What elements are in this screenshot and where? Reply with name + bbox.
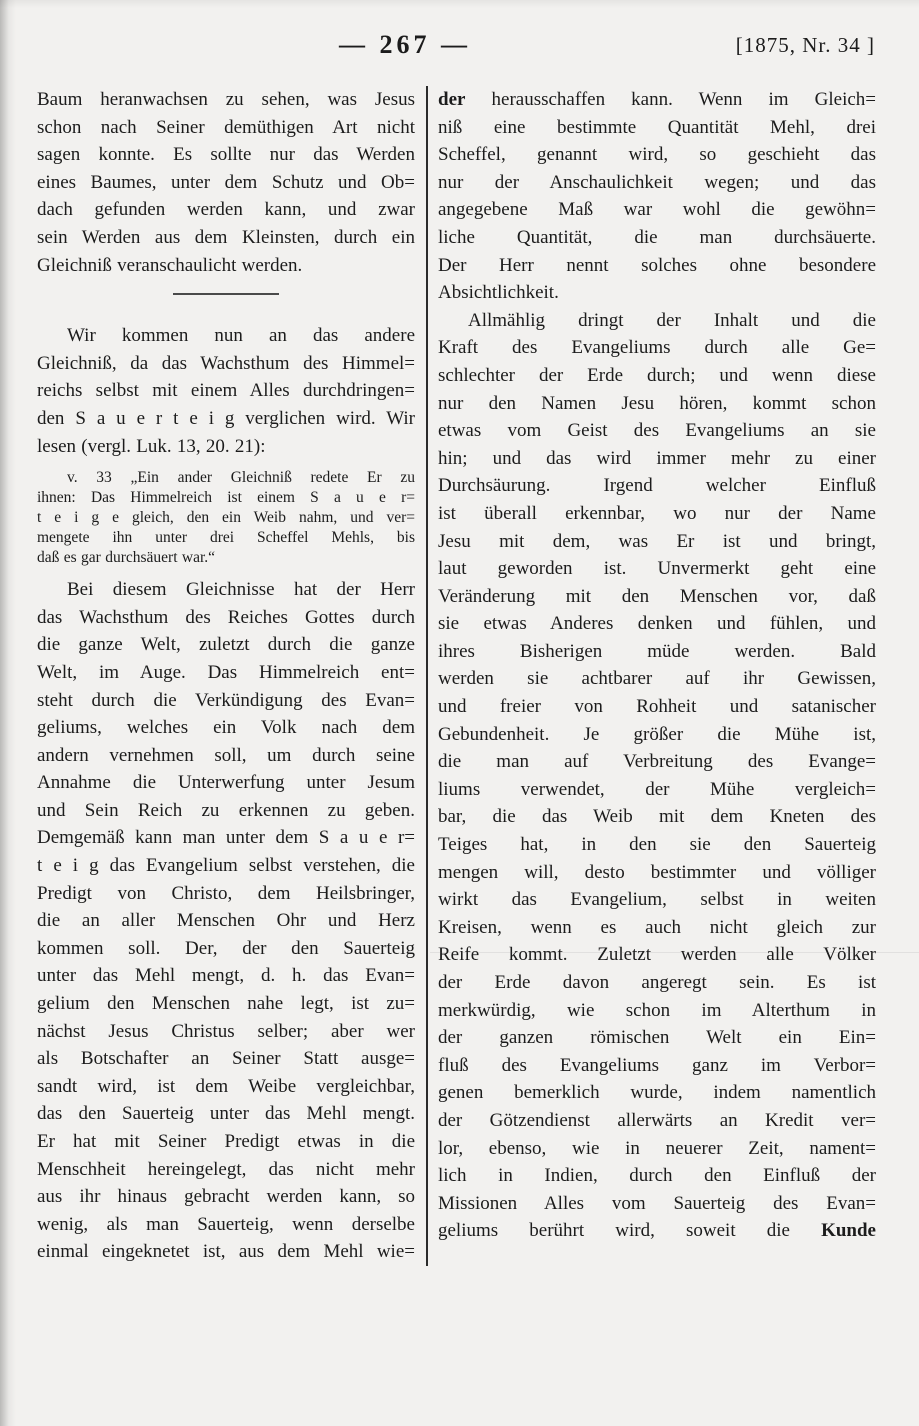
text-line: sie etwas Anderes denken und fühlen, und [438,610,876,638]
text-line: lor, ebenso, wie in neuerer Zeit, nament… [438,1135,876,1163]
text-line: Er hat mit Seiner Predigt etwas in die [37,1128,415,1156]
right-column: der herausschaffen kann. Wenn im Gleich=… [438,86,876,1266]
text-line: und freier von Rohheit und satanischer [438,693,876,721]
text-line: als Botschafter an Seiner Statt ausge= [37,1045,415,1073]
text-line: geliums, welches ein Volk nach dem [37,714,415,742]
text-line: ihnen: Das Himmelreich ist einem S a u e… [37,488,415,508]
text-line: wirkt das Evangelium, selbst in weiten [438,886,876,914]
text-line: angegebene Maß war wohl die gewöhn= [438,196,876,224]
scripture-quote: v. 33 „Ein ander Gleichniß redete Er zui… [37,468,415,568]
column-divider-rule [426,86,428,1266]
text-line: mengete ihn unter drei Scheffel Mehls, b… [37,528,415,548]
text-line: Kraft des Evangeliums durch alle Ge= [438,334,876,362]
text-line: Bei diesem Gleichnisse hat der Herr [37,576,415,604]
text-line: schlechter der Erde durch; und wenn dies… [438,362,876,390]
text-line: Menschheit hereingelegt, das nicht mehr [37,1156,415,1184]
text-line: gelium den Menschen nahe legt, ist zu= [37,990,415,1018]
paragraph: Baum heranwachsen zu sehen, was Jesussch… [37,86,415,279]
text-line: einmal eingeknetet ist, aus dem Mehl wie… [37,1238,415,1266]
paragraph: Allmählig dringt der Inhalt und dieKraft… [438,307,876,1245]
text-line: Scheffel, genannt wird, so geschieht das [438,141,876,169]
text-line: lesen (vergl. Luk. 13, 20. 21): [37,433,415,461]
text-line: reichs selbst mit einem Alles durchdring… [37,377,415,405]
text-line: merkwürdig, wie schon im Alterthum in [438,997,876,1025]
text-line: sandt wird, ist dem Weibe vergleichbar, [37,1073,415,1101]
text-line: ist überall erkennbar, wo nur der Name [438,500,876,528]
paragraph: Bei diesem Gleichnisse hat der Herrdas W… [37,576,415,1266]
text-line: sein Werden aus dem Kleinsten, durch ein [37,224,415,252]
text-line: lich in Indien, durch den Einfluß der [438,1162,876,1190]
text-line: werden sie achtbarer auf ihr Gewissen, [438,665,876,693]
text-line: bar, die das Weib mit dem Kneten des [438,803,876,831]
text-line: kommen soll. Der, der den Sauerteig [37,935,415,963]
text-line: daß es gar durchsäuert war.“ [37,548,415,568]
text-line: die ganze Welt, zuletzt durch die ganze [37,631,415,659]
text-line: t e i g e gleich, den ein Weib nahm, und… [37,508,415,528]
text-line: schon nach Seiner demüthigen Art nicht [37,114,415,142]
text-line: ihres Bisherigen müde werden. Bald [438,638,876,666]
text-line: Durchsäurung. Irgend welcher Einfluß [438,472,876,500]
text-line: Kreisen, wenn es auch nicht gleich zur [438,914,876,942]
text-line: v. 33 „Ein ander Gleichniß redete Er zu [37,468,415,488]
scan-top-shadow [0,0,919,8]
page-number: — 267 — [300,30,510,60]
scanned-page: — 267 — [1875, Nr. 34 ] Baum heranwachse… [0,0,919,1426]
text-line: der Götzendienst allerwärts an Kredit ve… [438,1107,876,1135]
section-separator [37,293,415,322]
text-line: hin; und das wird immer mehr zu einer [438,445,876,473]
text-line: Gleichniß, da das Wachsthum des Himmel= [37,350,415,378]
paragraph: Wir kommen nun an das andereGleichniß, d… [37,322,415,460]
text-line: eines Baumes, unter dem Schutz und Ob= [37,169,415,197]
text-line: liums verwendet, der Mühe vergleich= [438,776,876,804]
text-line: Demgemäß kann man unter dem S a u e r= [37,824,415,852]
text-line: andern vernehmen soll, um durch seine [37,742,415,770]
text-line: Allmählig dringt der Inhalt und die [438,307,876,335]
text-line: wenig, als man Sauerteig, wenn derselbe [37,1211,415,1239]
text-line: Reife kommt. Zuletzt werden alle Völker [438,941,876,969]
text-line: liche Quantität, die man durchsäuerte. [438,224,876,252]
text-line: steht durch die Verkündigung des Evan= [37,687,415,715]
text-line: nur der Anschaulichkeit wegen; und das [438,169,876,197]
text-line: Der Herr nennt solches ohne besondere [438,252,876,280]
text-line: genen bemerklich wurde, indem namentlich [438,1079,876,1107]
text-line: den S a u e r t e i g verglichen wird. W… [37,405,415,433]
text-line: das den Sauerteig unter das Mehl mengt. [37,1100,415,1128]
scan-edge-shadow [0,0,16,1426]
text-line: nächst Jesus Christus selber; aber wer [37,1018,415,1046]
text-line: die man auf Verbreitung des Evange= [438,748,876,776]
text-line: Annahme die Unterwerfung unter Jesum [37,769,415,797]
text-line: etwas vom Geist des Evangeliums an sie [438,417,876,445]
text-line: Absichtlichkeit. [438,279,876,307]
text-line: das Wachsthum des Reiches Gottes durch [37,604,415,632]
text-line: Missionen Alles vom Sauerteig des Evan= [438,1190,876,1218]
text-body: Baum heranwachsen zu sehen, was Jesussch… [37,86,876,1266]
text-line: die an aller Menschen Ohr und Herz [37,907,415,935]
text-line: Gleichniß veranschaulicht werden. [37,252,415,280]
text-line: geliums berührt wird, soweit die Kunde [438,1217,876,1245]
text-line: fluß des Evangeliums ganz im Verbor= [438,1052,876,1080]
text-line: sagen konnte. Es sollte nur das Werden [37,141,415,169]
text-line: t e i g das Evangelium selbst verstehen,… [37,852,415,880]
text-line: aus ihr hinaus gebracht werden kann, so [37,1183,415,1211]
issue-reference: [1875, Nr. 34 ] [736,33,875,58]
text-line: laut geworden ist. Unvermerkt geht eine [438,555,876,583]
text-line: niß eine bestimmte Quantität Mehl, drei [438,114,876,142]
text-line: Wir kommen nun an das andere [37,322,415,350]
left-column: Baum heranwachsen zu sehen, was Jesussch… [37,86,415,1266]
text-line: der herausschaffen kann. Wenn im Gleich= [438,86,876,114]
text-line: Baum heranwachsen zu sehen, was Jesus [37,86,415,114]
text-line: Predigt von Christo, dem Heilsbringer, [37,880,415,908]
text-line: mengen will, desto bestimmter und völlig… [438,859,876,887]
text-line: Gebundenheit. Je größer die Mühe ist, [438,721,876,749]
text-line: der Erde davon angeregt sein. Es ist [438,969,876,997]
separator-rule-line [173,293,279,295]
text-line: der ganzen römischen Welt ein Ein= [438,1024,876,1052]
text-line: Teiges hat, in den sie den Sauerteig [438,831,876,859]
text-line: und Sein Reich zu erkennen zu geben. [37,797,415,825]
text-line: dach gefunden werden kann, und zwar [37,196,415,224]
text-line: nur den Namen Jesu hören, kommt schon [438,390,876,418]
text-line: Veränderung mit den Menschen vor, daß [438,583,876,611]
text-line: Welt, im Auge. Das Himmelreich ent= [37,659,415,687]
paragraph: der herausschaffen kann. Wenn im Gleich=… [438,86,876,307]
text-line: unter das Mehl mengt, d. h. das Evan= [37,962,415,990]
text-line: Jesu mit dem, was Er ist und bringt, [438,528,876,556]
